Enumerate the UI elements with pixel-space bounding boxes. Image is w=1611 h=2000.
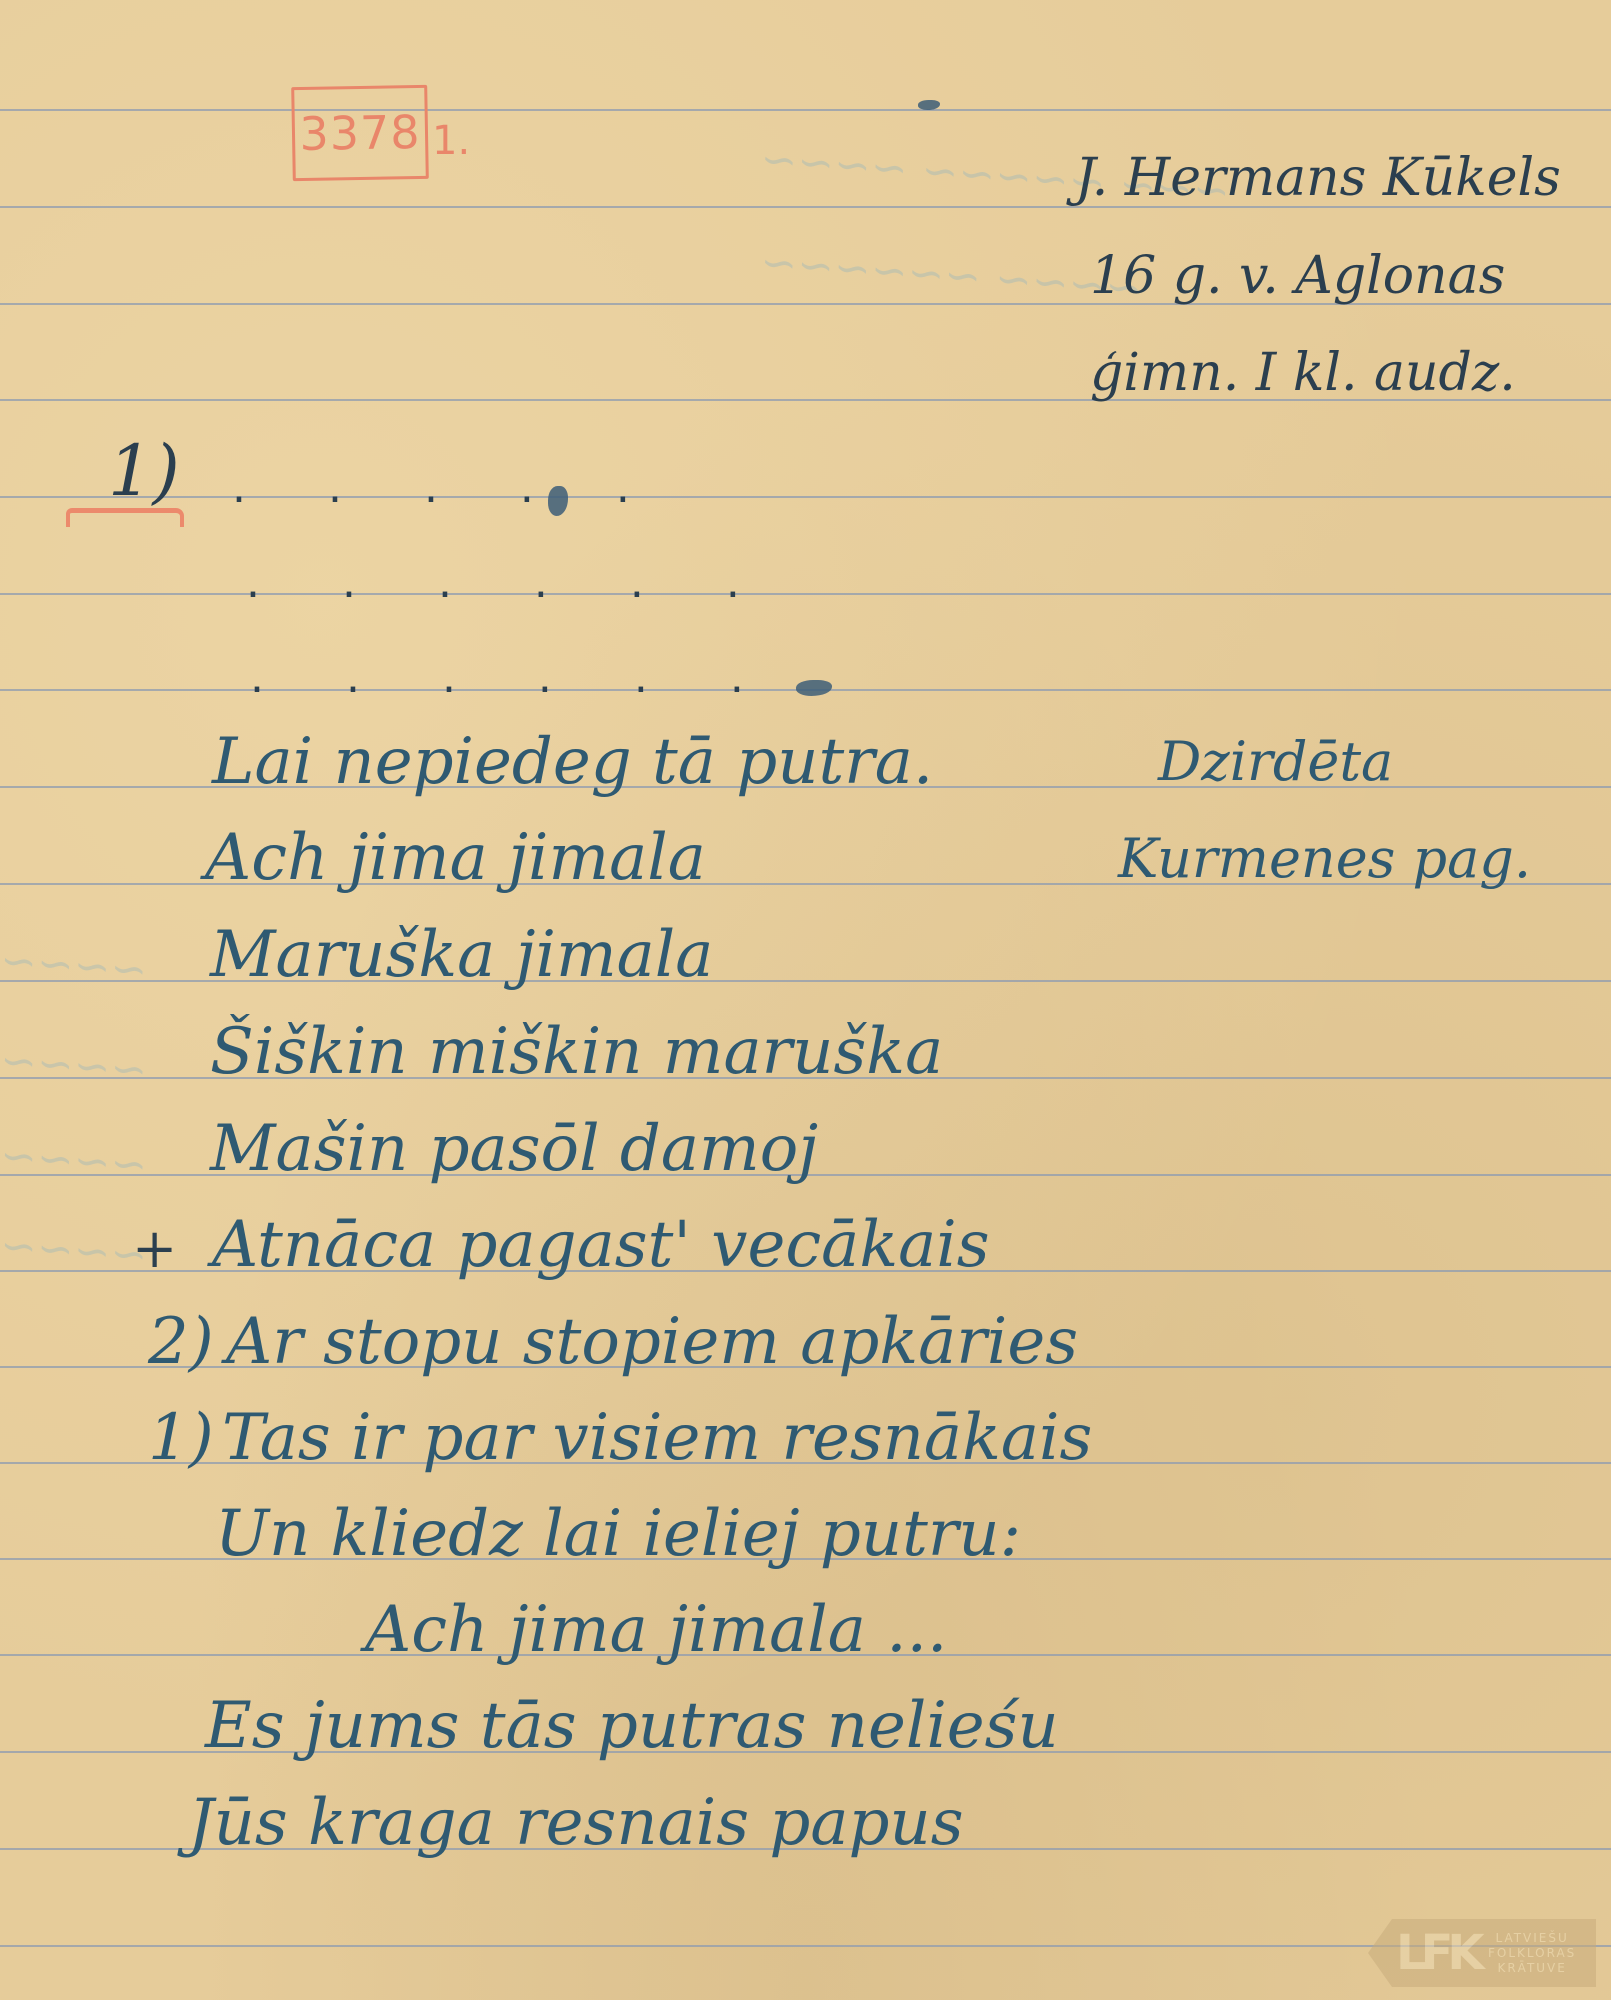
bleed-through-text: ~~~~ — [0, 1035, 149, 1096]
song-line: Lai nepiedeg tā putra. — [212, 730, 933, 794]
archive-page-number: 1. — [432, 118, 470, 164]
line-prefix-number: 1) — [148, 1406, 214, 1470]
song-line: Es jums tās putras nelieśu — [205, 1694, 1059, 1758]
collector-class: ģimn. I kl. audz. — [1090, 347, 1516, 399]
line-prefix-number: 2) — [148, 1310, 214, 1374]
logo-text: LATVIEŠU FOLKLORAS KRĀTUVE — [1488, 1931, 1576, 1976]
logo-arrow-shape — [1368, 1919, 1392, 1987]
logo-line: FOLKLORAS — [1488, 1946, 1576, 1961]
archive-logo: LFK LATVIEŠU FOLKLORAS KRĀTUVE — [1368, 1919, 1596, 1987]
archive-number-stamp: 3378 — [291, 85, 429, 181]
song-line: Un kliedz lai ieliej putru: — [215, 1502, 1021, 1566]
bleed-through-text: ~~~~ — [0, 935, 149, 996]
song-line: Jūs kraga resnais papus — [188, 1791, 964, 1855]
ruled-line — [0, 109, 1611, 111]
bleed-through-text: ~~~~ — [0, 1130, 149, 1191]
bleed-through-text: ~~~~ — [0, 1220, 149, 1281]
logo-line: LATVIEŠU — [1488, 1931, 1576, 1946]
song-line: Maruška jimala — [210, 923, 713, 987]
source-parish: Kurmenes pag. — [1118, 832, 1531, 886]
red-underline — [66, 508, 184, 527]
collector-age-school: 16 g. v. Aglonas — [1090, 250, 1505, 302]
song-line: Ach jima jimala ... — [365, 1598, 947, 1662]
ellipsis-row: . . . . . . — [246, 557, 774, 608]
ellipsis-row: . . . . . — [232, 462, 664, 513]
song-line: Mašin pasōl damoj — [210, 1117, 818, 1181]
song-line: Tas ir par visiem resnākais — [222, 1406, 1092, 1470]
manuscript-page: ~~~ ~~~~~ ~~~~ ~~~~ ~~~~~~ ~~~~ ~~~~ ~~~… — [0, 0, 1611, 2000]
logo-body: LFK LATVIEŠU FOLKLORAS KRĀTUVE — [1392, 1919, 1596, 1987]
song-line: Šiškin miškin maruška — [210, 1020, 943, 1084]
collector-name: J. Hermans Kūkels — [1075, 152, 1561, 204]
song-line: Atnāca pagast' vecākais — [212, 1213, 990, 1277]
section-number: 1) — [108, 430, 180, 512]
line-prefix-cross: + — [132, 1222, 177, 1276]
ruled-line — [0, 593, 1611, 595]
source-heard: Dzirdēta — [1158, 735, 1393, 789]
song-line: Ar stopu stopiem apkāries — [226, 1310, 1078, 1374]
song-line: Ach jima jimala — [205, 826, 706, 890]
ink-blot — [796, 680, 832, 696]
lfk-logo-icon: LFK — [1396, 1925, 1488, 1981]
ellipsis-row: . . . . . . — [250, 652, 778, 703]
logo-line: KRĀTUVE — [1488, 1961, 1576, 1976]
